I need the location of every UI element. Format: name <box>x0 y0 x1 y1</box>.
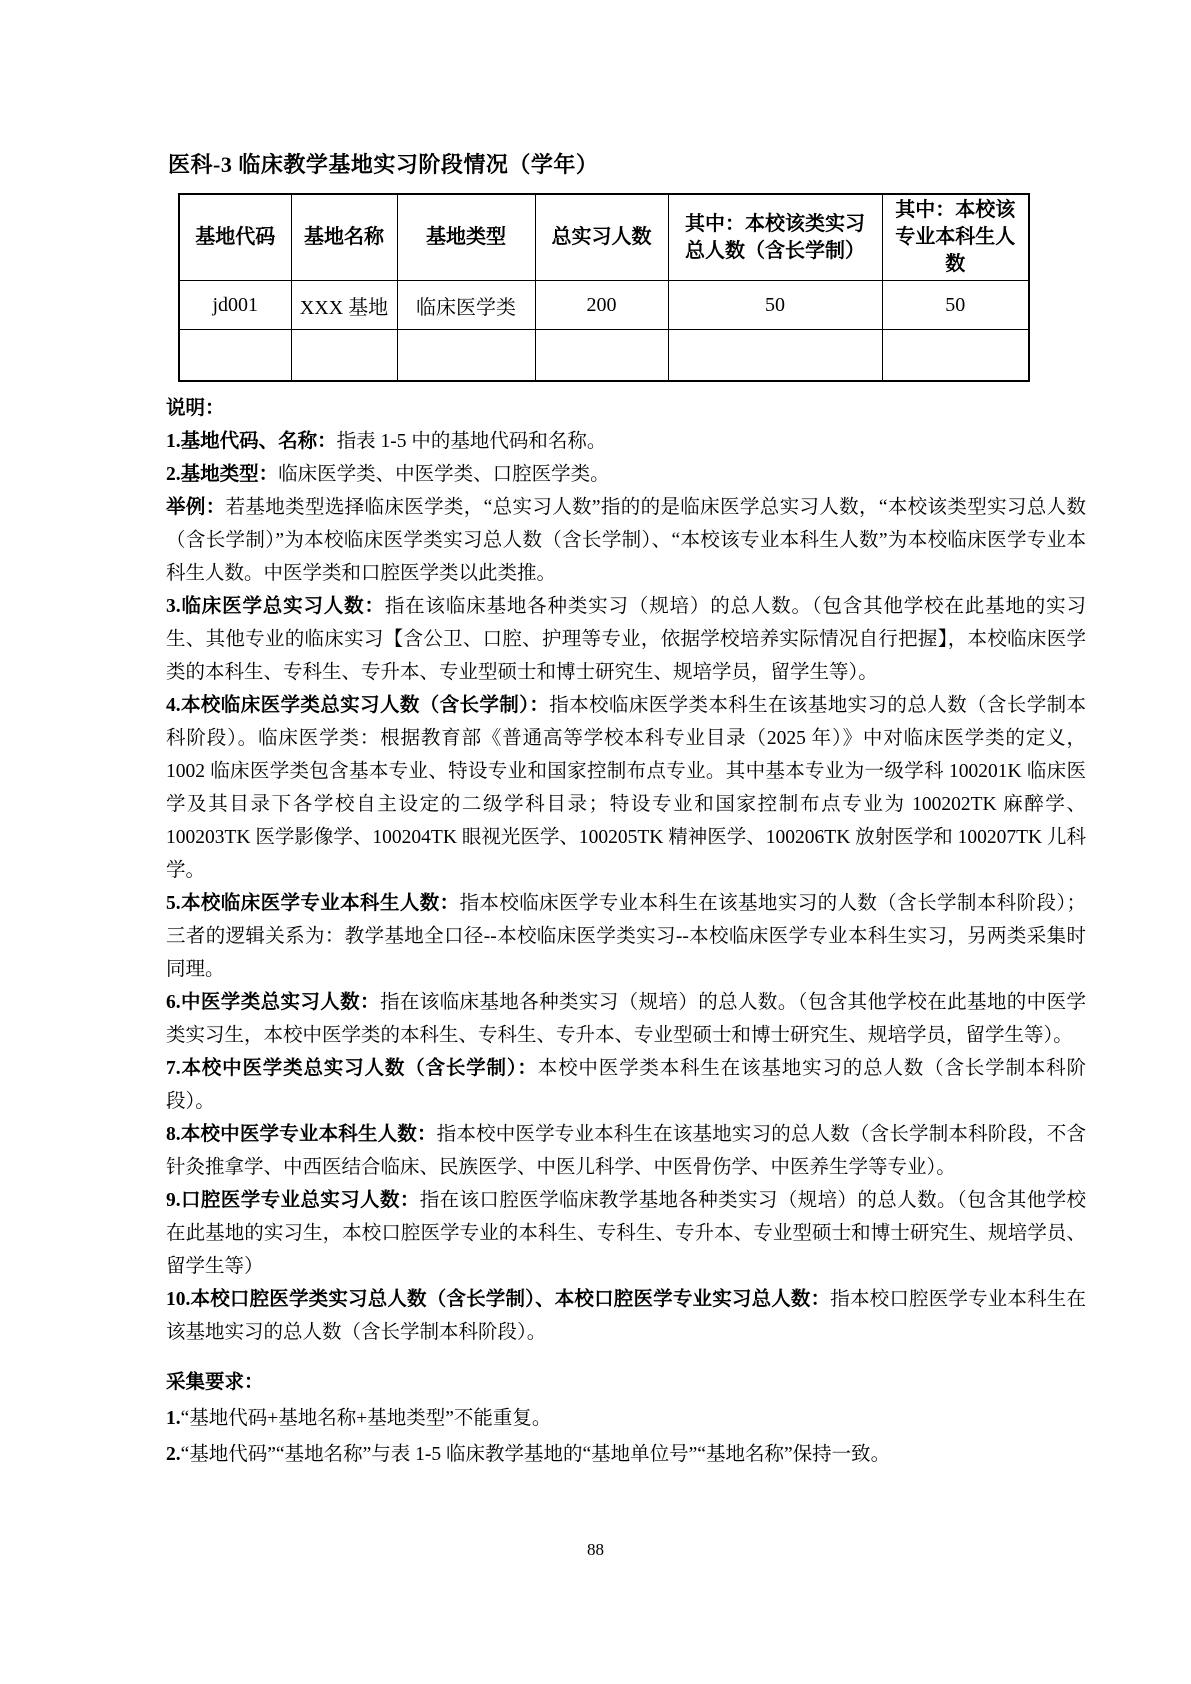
page-number: 88 <box>0 1540 1191 1560</box>
table-header-row: 基地代码 基地名称 基地类型 总实习人数 其中：本校该类实习 总人数（含长学制）… <box>179 194 1029 281</box>
note-item-8-label: 8.本校中医学专业本科生人数： <box>166 1124 437 1145</box>
practice-stage-table: 基地代码 基地名称 基地类型 总实习人数 其中：本校该类实习 总人数（含长学制）… <box>178 193 1030 382</box>
header-school-undergrad-total: 其中：本校该 专业本科生人数 <box>882 194 1029 281</box>
cell-empty <box>882 330 1029 382</box>
requirement-item-2: 2.“基地代码”“基地名称”与表 1-5 临床教学基地的“基地单位号”“基地名称… <box>166 1437 1086 1473</box>
note-item-7: 7.本校中医学类总实习人数（含长学制）：本校中医学类本科生在该基地实习的总人数（… <box>166 1052 1086 1118</box>
cell-total-interns: 200 <box>535 281 668 330</box>
note-item-6: 6.中医学类总实习人数：指在该临床基地各种类实习（规培）的总人数。（包含其他学校… <box>166 986 1086 1052</box>
table-row-empty <box>179 330 1029 382</box>
cell-empty <box>668 330 882 382</box>
header-total-interns: 总实习人数 <box>535 194 668 281</box>
table-row: jd001 XXX 基地 临床医学类 200 50 50 <box>179 281 1029 330</box>
note-item-3: 3.临床医学总实习人数：指在该临床基地各种类实习（规培）的总人数。（包含其他学校… <box>166 590 1086 689</box>
note-item-4-label: 4.本校临床医学类总实习人数（含长学制）： <box>166 695 549 716</box>
document-page: 医科-3 临床教学基地实习阶段情况（学年） 基地代码 基地名称 基地类型 总实习… <box>0 0 1191 1684</box>
note-item-5-label: 5.本校临床医学专业本科生人数： <box>166 893 460 914</box>
note-item-1: 1.基地代码、名称：指表 1-5 中的基地代码和名称。 <box>166 425 1086 458</box>
note-item-2: 2.基地类型：临床医学类、中医学类、口腔医学类。 <box>166 458 1086 491</box>
cell-empty <box>535 330 668 382</box>
notes-heading: 说明： <box>166 392 1086 425</box>
document-content: 医科-3 临床教学基地实习阶段情况（学年） 基地代码 基地名称 基地类型 总实习… <box>166 148 1086 1473</box>
note-item-1-text: 指表 1-5 中的基地代码和名称。 <box>337 431 607 452</box>
requirement-item-1-text: “基地代码+基地名称+基地类型”不能重复。 <box>181 1408 552 1429</box>
requirement-item-1: 1.“基地代码+基地名称+基地类型”不能重复。 <box>166 1401 1086 1437</box>
note-item-10-label: 10.本校口腔医学类实习总人数（含长学制）、本校口腔医学专业实习总人数： <box>166 1289 830 1310</box>
header-school-type-total: 其中：本校该类实习 总人数（含长学制） <box>668 194 882 281</box>
note-item-2-label: 2.基地类型： <box>166 464 278 485</box>
cell-base-type: 临床医学类 <box>397 281 535 330</box>
note-item-example-label: 举例： <box>166 497 226 518</box>
note-item-10: 10.本校口腔医学类实习总人数（含长学制）、本校口腔医学专业实习总人数：指本校口… <box>166 1283 1086 1349</box>
header-base-type: 基地类型 <box>397 194 535 281</box>
note-item-4-text: 指本校临床医学类本科生在该基地实习的总人数（含长学制本科阶段）。临床医学类：根据… <box>166 695 1086 881</box>
note-item-4: 4.本校临床医学类总实习人数（含长学制）：指本校临床医学类本科生在该基地实习的总… <box>166 689 1086 887</box>
note-item-8: 8.本校中医学专业本科生人数：指本校中医学专业本科生在该基地实习的总人数（含长学… <box>166 1118 1086 1184</box>
note-item-5: 5.本校临床医学专业本科生人数：指本校临床医学专业本科生在该基地实习的人数（含长… <box>166 887 1086 986</box>
cell-empty <box>397 330 535 382</box>
requirement-item-1-label: 1. <box>166 1408 181 1429</box>
notes-section: 说明： 1.基地代码、名称：指表 1-5 中的基地代码和名称。 2.基地类型：临… <box>166 392 1086 1349</box>
requirement-item-2-label: 2. <box>166 1444 181 1465</box>
cell-school-undergrad-total: 50 <box>882 281 1029 330</box>
requirements-heading: 采集要求： <box>166 1365 1086 1401</box>
cell-base-name: XXX 基地 <box>291 281 397 330</box>
note-item-3-label: 3.临床医学总实习人数： <box>166 596 385 617</box>
note-item-1-label: 1.基地代码、名称： <box>166 431 337 452</box>
note-item-6-label: 6.中医学类总实习人数： <box>166 992 380 1013</box>
cell-empty <box>291 330 397 382</box>
note-item-2-text: 临床医学类、中医学类、口腔医学类。 <box>278 464 610 485</box>
cell-base-code: jd001 <box>179 281 291 330</box>
note-item-9: 9.口腔医学专业总实习人数：指在该口腔医学临床教学基地各种类实习（规培）的总人数… <box>166 1184 1086 1283</box>
note-item-7-label: 7.本校中医学类总实习人数（含长学制）： <box>166 1058 538 1079</box>
header-base-code: 基地代码 <box>179 194 291 281</box>
note-item-9-label: 9.口腔医学专业总实习人数： <box>166 1190 420 1211</box>
cell-empty <box>179 330 291 382</box>
page-title: 医科-3 临床教学基地实习阶段情况（学年） <box>168 148 1086 179</box>
note-item-example-text: 若基地类型选择临床医学类，“总实习人数”指的的是临床医学总实习人数，“本校该类型… <box>166 497 1086 584</box>
cell-school-type-total: 50 <box>668 281 882 330</box>
note-item-example: 举例：若基地类型选择临床医学类，“总实习人数”指的的是临床医学总实习人数，“本校… <box>166 491 1086 590</box>
requirement-item-2-text: “基地代码”“基地名称”与表 1-5 临床教学基地的“基地单位号”“基地名称”保… <box>181 1444 890 1465</box>
header-base-name: 基地名称 <box>291 194 397 281</box>
requirements-section: 采集要求： 1.“基地代码+基地名称+基地类型”不能重复。 2.“基地代码”“基… <box>166 1365 1086 1473</box>
